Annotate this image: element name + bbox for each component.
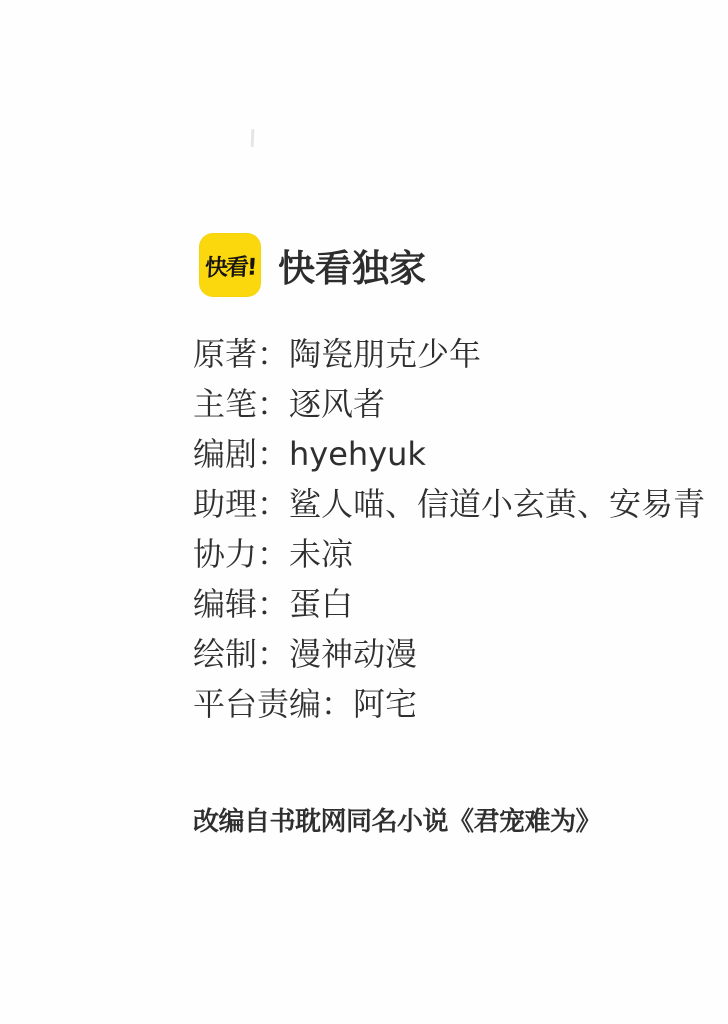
credit-label: 编剧： [193, 435, 289, 473]
credit-label: 平台责编： [193, 685, 353, 723]
credit-label: 原著： [193, 335, 289, 373]
credit-line-main-artist: 主笔：逐风者 [193, 379, 705, 429]
credits-list: 原著：陶瓷朋克少年 主笔：逐风者 编剧：hyehyuk 助理：鲨人喵、信道小玄黄… [193, 329, 705, 729]
credit-label: 主笔： [193, 385, 289, 423]
credit-label: 协力： [193, 535, 289, 573]
credit-value: hyehyuk [289, 435, 426, 473]
credit-line-screenwriter: 编剧：hyehyuk [193, 429, 705, 479]
credit-value: 漫神动漫 [289, 635, 417, 673]
credit-value: 蛋白 [289, 585, 353, 623]
kuaikan-logo: 快看! [199, 233, 261, 297]
header: 快看! 快看独家 [199, 233, 426, 297]
credit-value: 阿宅 [353, 685, 417, 723]
adaptation-note: 改编自书耽网同名小说《君宠难为》 [193, 801, 601, 838]
credit-line-assistants: 助理：鲨人喵、信道小玄黄、安易青 [193, 479, 705, 529]
credit-value: 鲨人喵、信道小玄黄、安易青 [289, 485, 705, 523]
kuaikan-logo-text: 快看! [204, 248, 256, 282]
credit-line-cooperation: 协力：未凉 [193, 529, 705, 579]
credit-label: 编辑： [193, 585, 289, 623]
credits-page: 快看! 快看独家 原著：陶瓷朋克少年 主笔：逐风者 编剧：hyehyuk 助理：… [0, 0, 728, 1024]
credit-line-editor: 编辑：蛋白 [193, 579, 705, 629]
credit-label: 助理： [193, 485, 289, 523]
credit-line-original-author: 原著：陶瓷朋克少年 [193, 329, 705, 379]
credit-value: 未凉 [289, 535, 353, 573]
credit-line-drawing-studio: 绘制：漫神动漫 [193, 629, 705, 679]
credit-value: 陶瓷朋克少年 [289, 335, 481, 373]
credit-line-platform-editor: 平台责编：阿宅 [193, 679, 705, 729]
stray-mark [251, 129, 255, 147]
credit-label: 绘制： [193, 635, 289, 673]
credit-value: 逐风者 [289, 385, 385, 423]
exclusive-title: 快看独家 [278, 238, 426, 292]
